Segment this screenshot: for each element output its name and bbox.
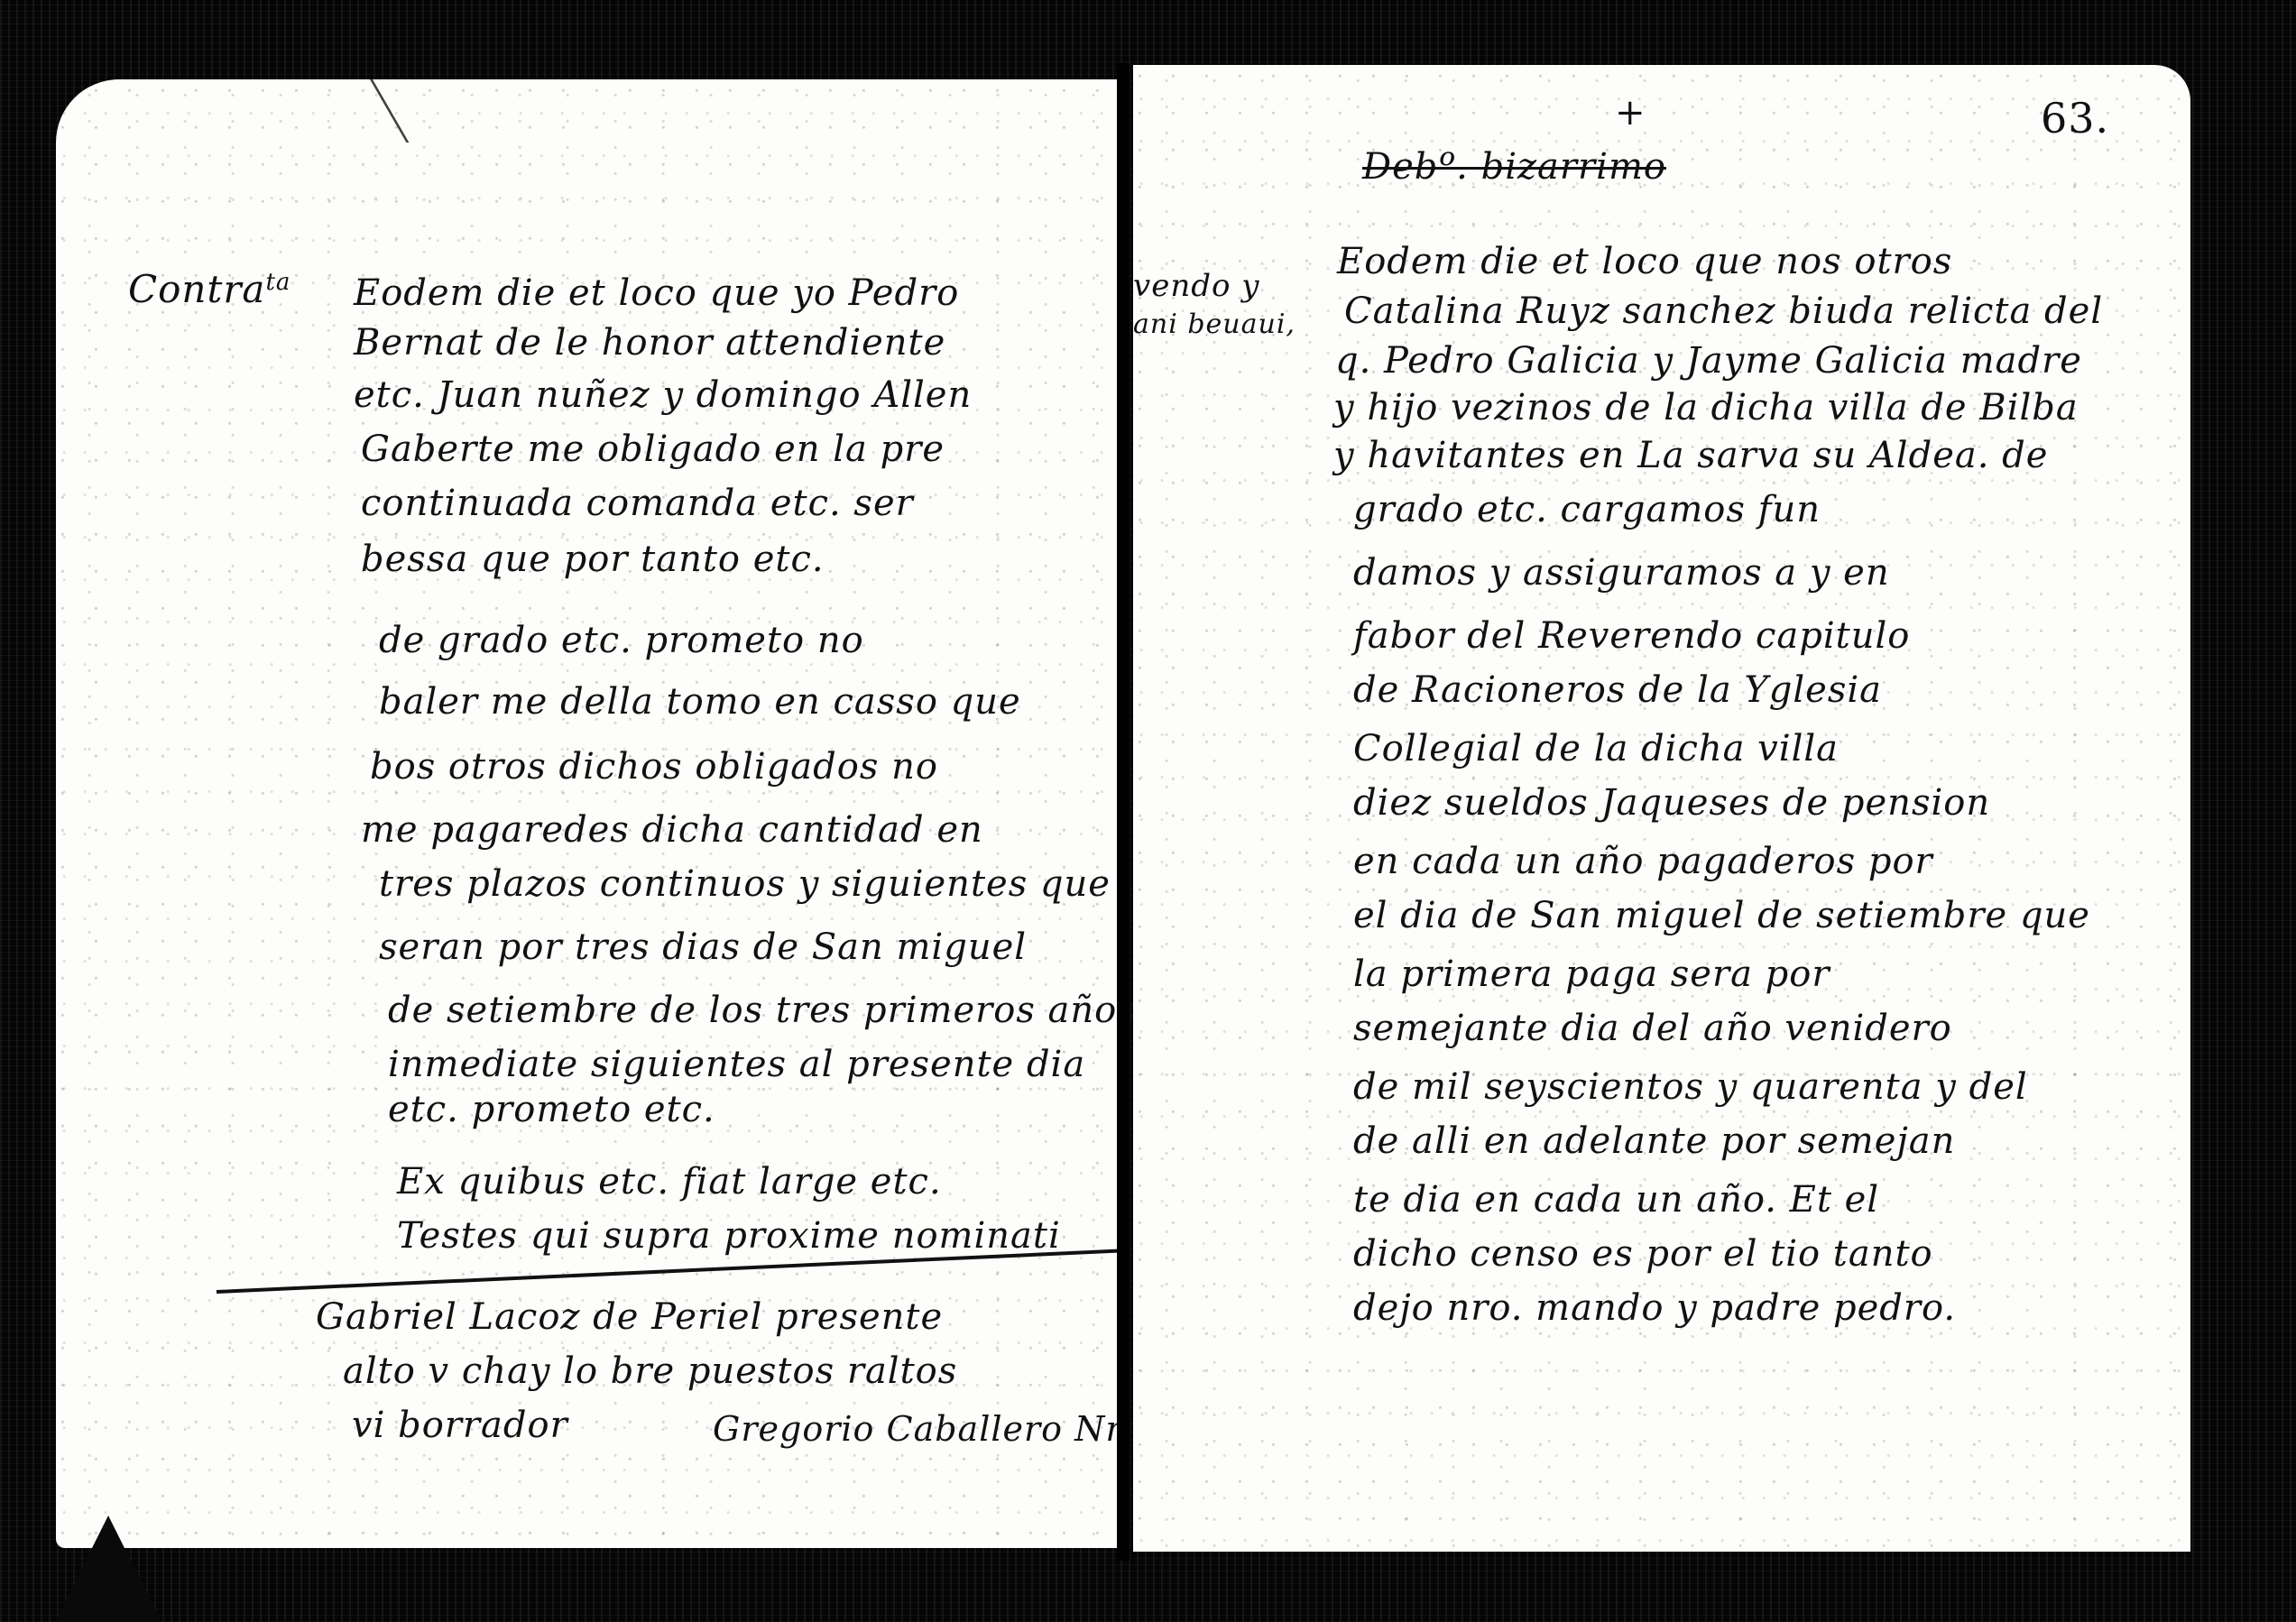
left-footer-line-1: Gabriel Lacoz de Periel presente	[316, 1299, 943, 1335]
right-line-14: la primera paga sera por	[1353, 956, 1830, 992]
dark-corner-shape	[54, 1516, 162, 1622]
left-line-5: continuada comanda etc. ser	[361, 485, 914, 521]
page-number: 63.	[2041, 97, 2109, 139]
gutter-note-1: vendo y	[1133, 271, 1259, 301]
left-line-12: seran por tres dias de San miguel	[379, 929, 1027, 965]
margin-note-contrata: Contrata	[128, 271, 290, 309]
right-line-4: y hijo vezinos de la dicha villa de Bilb…	[1333, 390, 2079, 426]
left-line-6: bessa que por tanto etc.	[361, 541, 825, 577]
left-line-9: bos otros dichos obligados no	[370, 749, 938, 785]
left-line-14: inmediate siguientes al presente dia	[388, 1046, 1085, 1083]
left-line-10: me pagaredes dicha cantidad en	[361, 812, 983, 848]
right-line-17: de alli en adelante por semejan	[1353, 1123, 1955, 1159]
left-line-3: etc. Juan nuñez y domingo Allen	[354, 377, 972, 413]
notary-signature: Gregorio Caballero Nro	[713, 1412, 1144, 1446]
right-page-header-struck: Debº. bizarrimo	[1362, 149, 1666, 185]
gutter-note-2: ani beuaui,	[1133, 311, 1296, 338]
left-footer-line-2: alto v chay lo bre puestos raltos	[343, 1353, 957, 1389]
left-line-11: tres plazos continuos y siguientes que	[379, 866, 1111, 902]
left-line-2: Bernat de le honor attendiente	[354, 325, 945, 361]
gutter-line	[1117, 63, 1130, 1561]
right-line-1: Eodem die et loco que nos otros	[1337, 244, 1952, 280]
right-line-5: y havitantes en La sarva su Aldea. de	[1333, 438, 2048, 474]
left-line-13: de setiembre de los tres primeros años	[388, 992, 1137, 1028]
left-line-7: de grado etc. prometo no	[379, 622, 864, 659]
right-line-8: fabor del Reverendo capitulo	[1353, 618, 1910, 654]
right-line-16: de mil seyscientos y quarenta y del	[1353, 1069, 2028, 1105]
left-line-16: Ex quibus etc. fiat large etc.	[397, 1164, 942, 1200]
margin-note-text: Contra	[128, 267, 265, 311]
right-line-12: en cada un año pagaderos por	[1353, 843, 1933, 880]
right-line-6: grado etc. cargamos fun	[1353, 492, 1821, 528]
cross-mark: +	[1615, 95, 1646, 131]
right-line-18: te dia en cada un año. Et el	[1353, 1182, 1879, 1218]
right-line-2: Catalina Ruyz sanchez biuda relicta del	[1344, 293, 2103, 329]
right-line-13: el dia de San miguel de setiembre que	[1353, 898, 2090, 934]
left-line-1: Eodem die et loco que yo Pedro	[354, 275, 959, 311]
right-line-20: dejo nro. mando y padre pedro.	[1353, 1290, 1956, 1326]
right-line-3: q. Pedro Galicia y Jayme Galicia madre	[1335, 343, 2082, 379]
right-line-9: de Racioneros de la Yglesia	[1353, 672, 1882, 708]
left-line-4: Gaberte me obligado en la pre	[361, 431, 945, 467]
left-line-15: etc. prometo etc.	[388, 1092, 715, 1128]
left-line-8: baler me della tomo en casso que	[379, 684, 1021, 720]
right-line-7: damos y assiguramos a y en	[1353, 555, 1890, 591]
right-line-15: semejante dia del año venidero	[1353, 1010, 1952, 1046]
right-line-11: diez sueldos Jaqueses de pension	[1353, 785, 1990, 821]
left-footer-line-3: vi borrador	[352, 1407, 568, 1443]
right-line-10: Collegial de la dicha villa	[1353, 731, 1839, 767]
right-line-19: dicho censo es por el tio tanto	[1353, 1236, 1933, 1272]
margin-note-sup: ta	[265, 269, 290, 296]
left-line-17: Testes qui supra proxime nominati	[397, 1218, 1061, 1254]
